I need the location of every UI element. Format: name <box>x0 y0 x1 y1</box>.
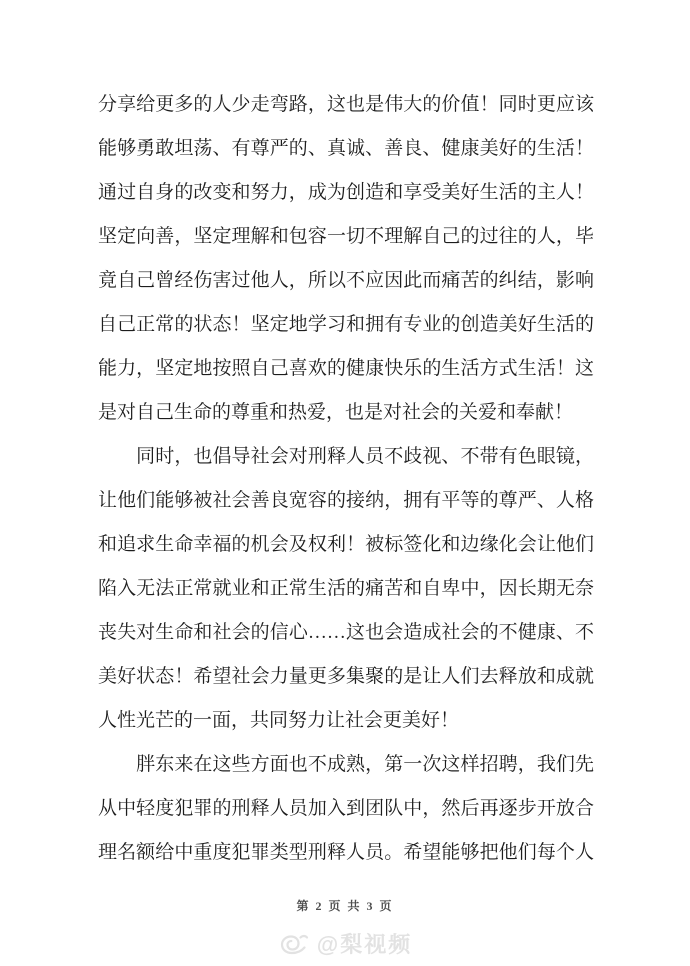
text-line: 和追求生命幸福的机会及权利！被标签化和边缘化会让他们 <box>98 523 594 567</box>
document-body: 分享给更多的人少走弯路，这也是伟大的价值！同时更应该 能够勇敢坦荡、有尊严的、真… <box>98 83 594 875</box>
pear-video-snail-logo-icon <box>278 931 310 957</box>
text-line: 理名额给中重度犯罪类型刑释人员。希望能够把他们每个人 <box>98 831 594 875</box>
text-line: 让他们能够被社会善良宽容的接纳，拥有平等的尊严、人格 <box>98 479 594 523</box>
text-line-paragraph-start: 胖东来在这些方面也不成熟，第一次这样招聘，我们先 <box>98 743 594 787</box>
text-line: 美好状态！希望社会力量更多集聚的是让人们去释放和成就 <box>98 655 594 699</box>
text-line: 自己正常的状态！坚定地学习和拥有专业的创造美好生活的 <box>98 303 594 347</box>
page-number-footer: 第 2 页 共 3 页 <box>0 897 690 914</box>
text-line-paragraph-end: 是对自己生命的尊重和热爱，也是对社会的关爱和奉献！ <box>98 391 594 435</box>
text-line-paragraph-end: 人性光芒的一面，共同努力让社会更美好！ <box>98 699 594 743</box>
document-page: 分享给更多的人少走弯路，这也是伟大的价值！同时更应该 能够勇敢坦荡、有尊严的、真… <box>0 0 690 966</box>
text-line: 能够勇敢坦荡、有尊严的、真诚、善良、健康美好的生活！ <box>98 127 594 171</box>
text-line: 陷入无法正常就业和正常生活的痛苦和自卑中，因长期无奈 <box>98 567 594 611</box>
text-line: 坚定向善，坚定理解和包容一切不理解自己的过往的人，毕 <box>98 215 594 259</box>
text-line: 竟自己曾经伤害过他人，所以不应因此而痛苦的纠结，影响 <box>98 259 594 303</box>
text-line: 从中轻度犯罪的刑释人员加入到团队中，然后再逐步开放合 <box>98 787 594 831</box>
text-line: 能力，坚定地按照自己喜欢的健康快乐的生活方式生活！这 <box>98 347 594 391</box>
text-line: 通过自身的改变和努力，成为创造和享受美好生活的主人！ <box>98 171 594 215</box>
text-line-paragraph-start: 同时，也倡导社会对刑释人员不歧视、不带有色眼镜， <box>98 435 594 479</box>
text-line: 分享给更多的人少走弯路，这也是伟大的价值！同时更应该 <box>98 83 594 127</box>
watermark-handle: @梨视频 <box>317 928 412 959</box>
text-line: 丧失对生命和社会的信心……这也会造成社会的不健康、不 <box>98 611 594 655</box>
watermark: @梨视频 <box>0 928 690 959</box>
